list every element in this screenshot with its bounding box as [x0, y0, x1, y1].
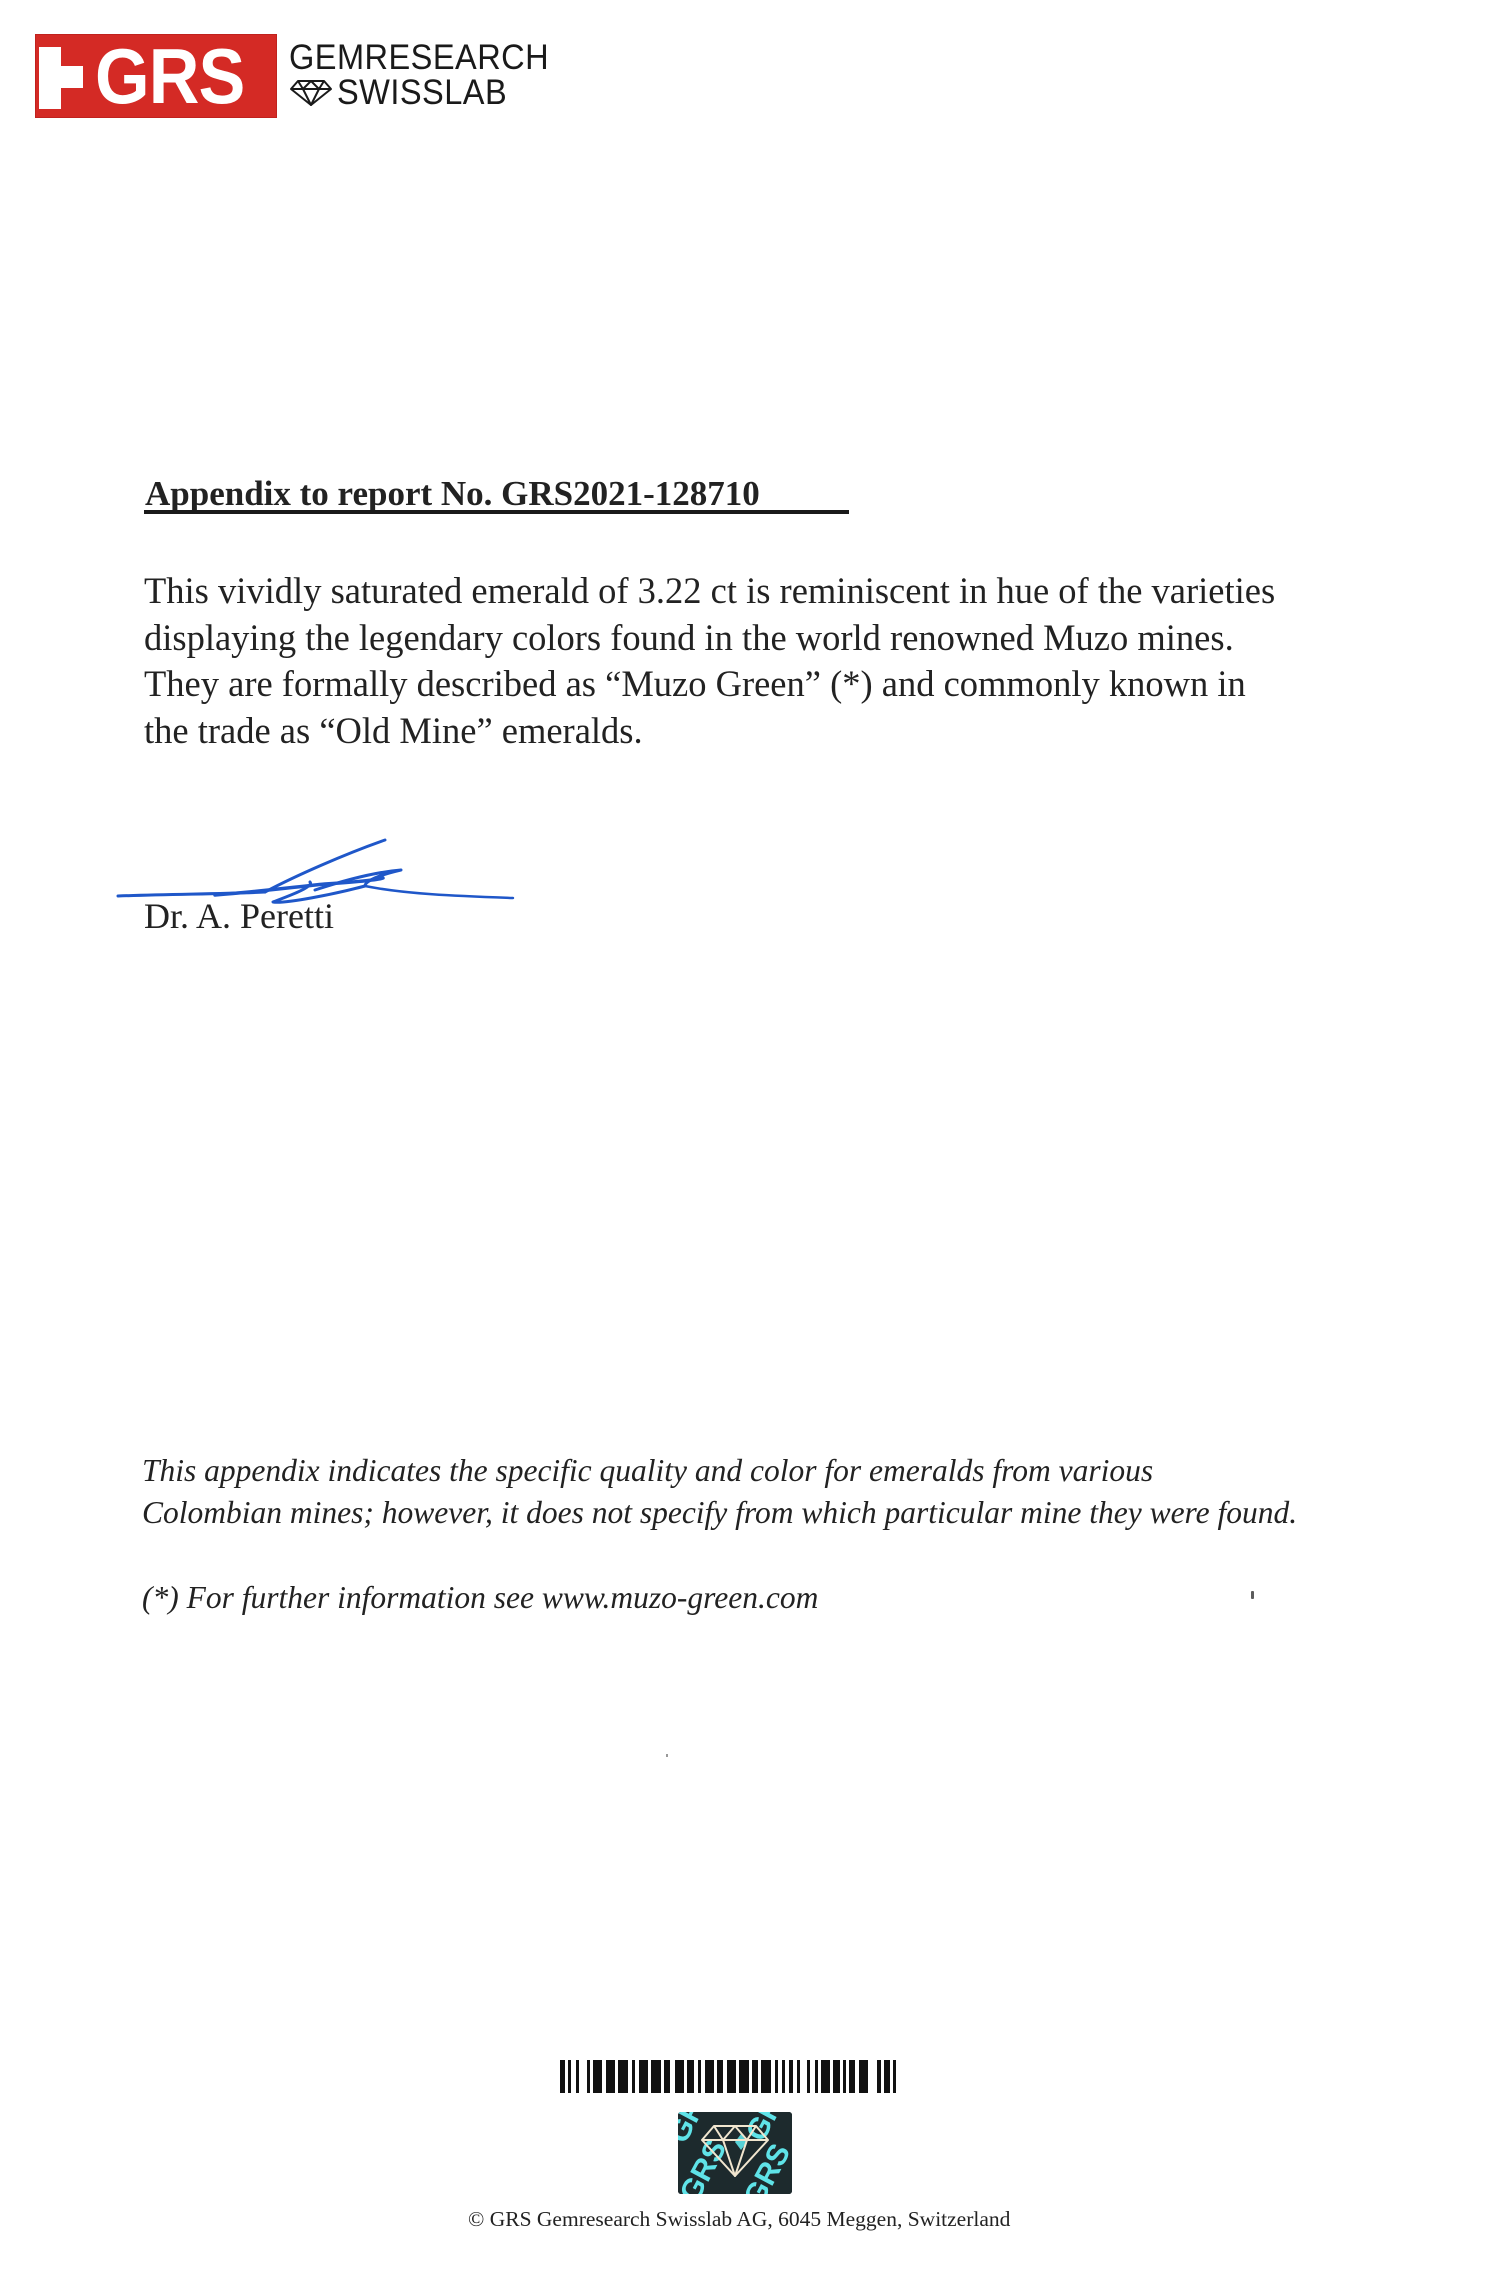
title-underline — [144, 510, 849, 514]
hologram-graphic: GRS GRS GRS GRS — [678, 2112, 792, 2194]
barcode-space — [579, 2060, 587, 2093]
barcode-bar — [593, 2060, 602, 2093]
barcode-space — [896, 2060, 899, 2093]
body-line: the trade as “Old Mine” emeralds. — [144, 708, 1275, 755]
disclaimer-line: This appendix indicates the specific qua… — [142, 1450, 1297, 1492]
grs-logo: GRS — [35, 34, 277, 118]
body-line: This vividly saturated emerald of 3.22 c… — [144, 568, 1275, 615]
signer-name: Dr. A. Peretti — [144, 895, 334, 937]
scan-speck — [666, 1754, 668, 1757]
barcode-bar — [859, 2060, 868, 2093]
barcode-bar — [739, 2060, 748, 2093]
signature-icon — [115, 832, 535, 904]
swiss-cross-icon-bar — [39, 66, 83, 88]
barcode-bar — [639, 2060, 648, 2093]
barcode-bar — [606, 2060, 615, 2093]
disclaimer-line: Colombian mines; however, it does not sp… — [142, 1492, 1297, 1534]
logo-name-line1: GEMRESEARCH — [289, 38, 549, 78]
barcode-bar — [821, 2060, 830, 2093]
barcode-bar — [675, 2060, 684, 2093]
logo-name-line2-row: SWISSLAB — [289, 73, 520, 113]
scan-speck — [1251, 1591, 1254, 1599]
grs-hologram-diamond-icon: GRS GRS GRS GRS — [678, 2112, 792, 2194]
body-line: They are formally described as “Muzo Gre… — [144, 661, 1275, 708]
barcode-bar — [651, 2060, 660, 2093]
logo-name-line2: SWISSLAB — [337, 73, 507, 113]
footnote: (*) For further information see www.muzo… — [142, 1577, 818, 1619]
disclaimer-note: This appendix indicates the specific qua… — [142, 1450, 1297, 1534]
barcode-bar — [727, 2060, 736, 2093]
barcode-bar — [705, 2060, 714, 2093]
barcode-bar — [761, 2060, 770, 2093]
diamond-icon — [289, 79, 333, 107]
barcode-icon — [560, 2060, 900, 2093]
body-line: displaying the legendary colors found in… — [144, 615, 1275, 662]
barcode-bar — [618, 2060, 627, 2093]
document-title: Appendix to report No. GRS2021-128710 — [145, 474, 760, 514]
barcode-space — [868, 2060, 877, 2093]
appendix-body: This vividly saturated emerald of 3.22 c… — [144, 568, 1275, 754]
logo-mark-text: GRS — [95, 34, 257, 118]
copyright-footer: © GRS Gemresearch Swisslab AG, 6045 Megg… — [468, 2205, 1010, 2233]
footnote-text: (*) For further information see www.muzo… — [142, 1577, 818, 1619]
